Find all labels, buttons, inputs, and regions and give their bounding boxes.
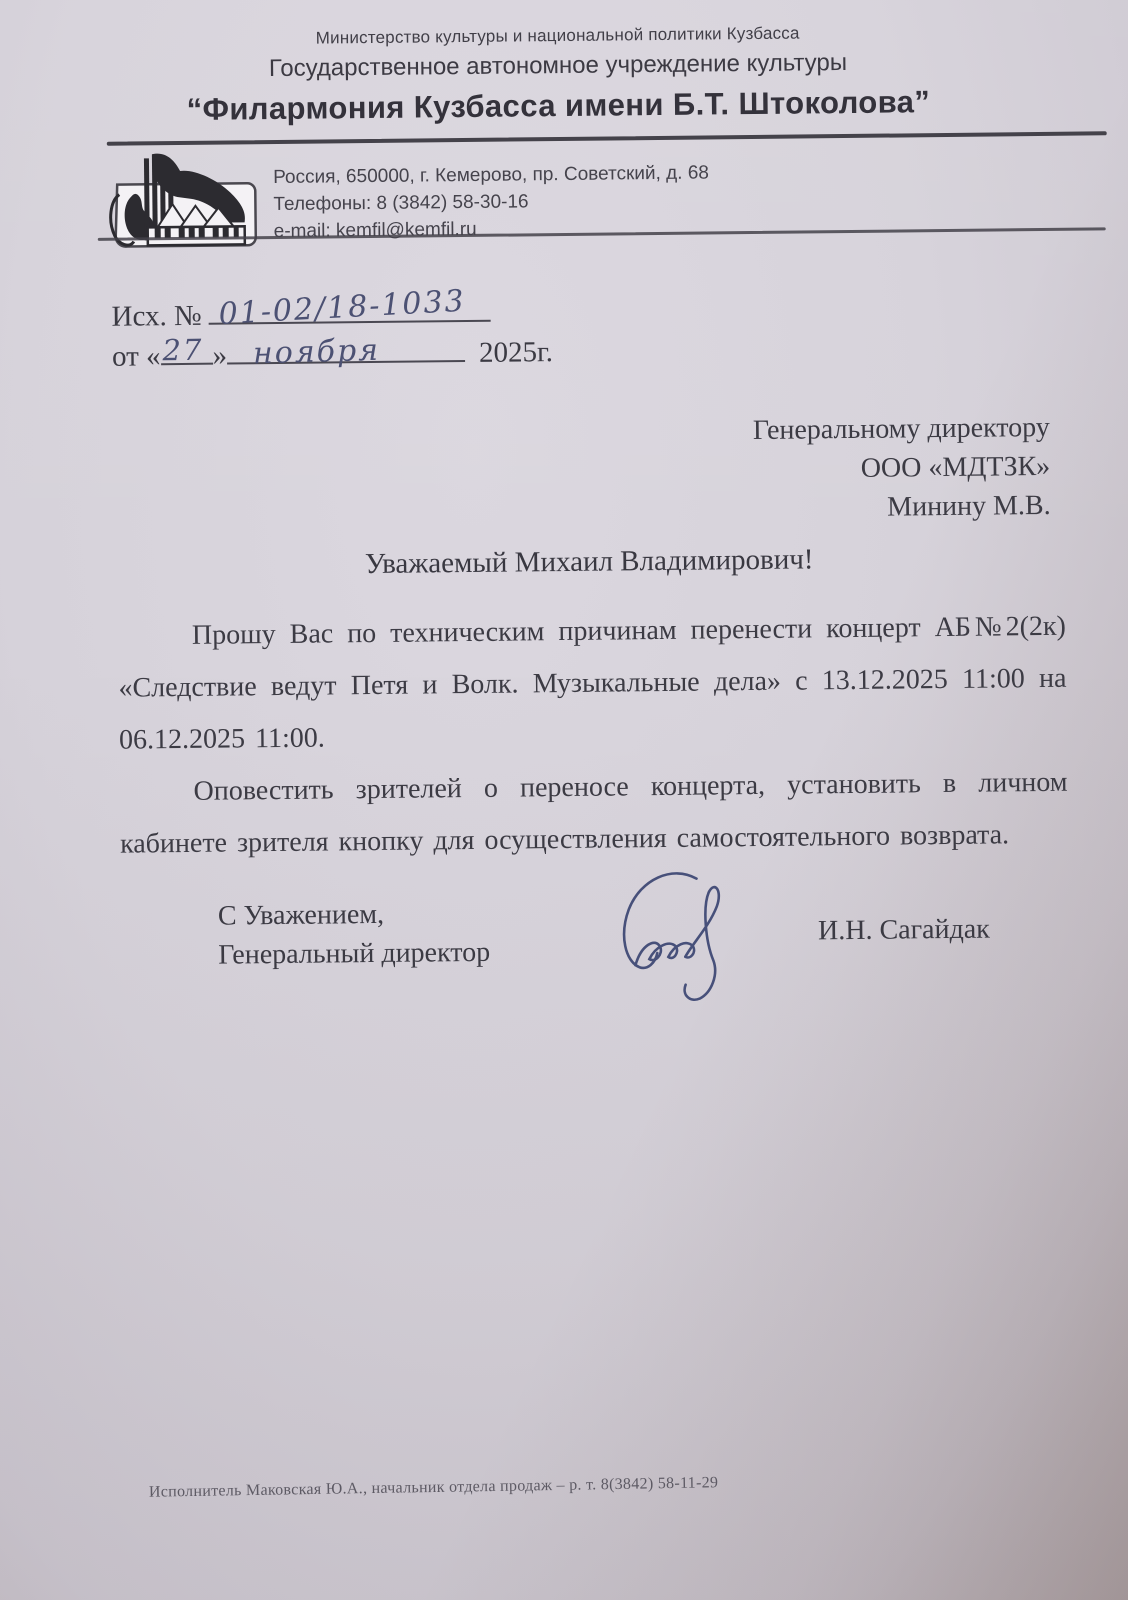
header-divider-top bbox=[107, 131, 1107, 145]
reference-block: Исх. № 01-02/18-1033 от « 27 » ноября 20… bbox=[111, 296, 553, 381]
addressee-company: ООО «МДТЗК» bbox=[550, 447, 1050, 491]
contact-email: e-mail: kemfil@kemfil.ru bbox=[274, 213, 794, 245]
outgoing-number-blank: 01-02/18-1033 bbox=[209, 320, 491, 325]
outgoing-number-label: Исх. № bbox=[111, 300, 201, 333]
letterhead: Министерство культуры и национальной пол… bbox=[0, 20, 1123, 130]
closing-block: С Уважением, Генеральный директор bbox=[218, 894, 491, 975]
letter-document: Министерство культуры и национальной пол… bbox=[0, 0, 1128, 1600]
handwritten-signature bbox=[584, 856, 776, 1016]
date-line: от « 27 » ноября 2025г. bbox=[112, 336, 553, 381]
date-prefix: от « bbox=[112, 340, 161, 373]
addressee-person: Минину М.В. bbox=[550, 486, 1050, 530]
date-year: 2025г. bbox=[479, 336, 553, 369]
closing-phrase: С Уважением, bbox=[218, 894, 490, 936]
addressee-block: Генеральному директору ООО «МДТЗК» Минин… bbox=[550, 408, 1051, 530]
date-month-blank: ноября bbox=[227, 360, 465, 364]
addressee-position: Генеральному директору bbox=[550, 408, 1050, 452]
body-paragraph-2: Оповестить зрителей о переносе концерта,… bbox=[119, 757, 1068, 871]
date-day-blank: 27 bbox=[161, 363, 213, 366]
outgoing-number-handwritten: 01-02/18-1033 bbox=[218, 284, 467, 332]
institution-type-line: Государственное автономное учреждение ку… bbox=[0, 46, 1122, 86]
letter-body: Прошу Вас по техническим причинам перене… bbox=[118, 601, 1069, 871]
date-close-quote: » bbox=[212, 340, 227, 372]
body-paragraph-1: Прошу Вас по техническим причинам перене… bbox=[118, 601, 1068, 767]
date-month-handwritten: ноября bbox=[253, 333, 381, 372]
executor-note: Исполнитель Маковская Ю.А., начальник от… bbox=[149, 1471, 909, 1502]
organization-name: “Филармония Кузбасса имени Б.Т. Штоколов… bbox=[0, 82, 1123, 130]
signer-name: И.Н. Сагайдак bbox=[818, 914, 990, 948]
signer-title: Генеральный директор bbox=[218, 933, 490, 975]
date-day-handwritten: 27 bbox=[162, 333, 203, 367]
salutation: Уважаемый Михаил Владимирович! bbox=[114, 541, 1064, 584]
